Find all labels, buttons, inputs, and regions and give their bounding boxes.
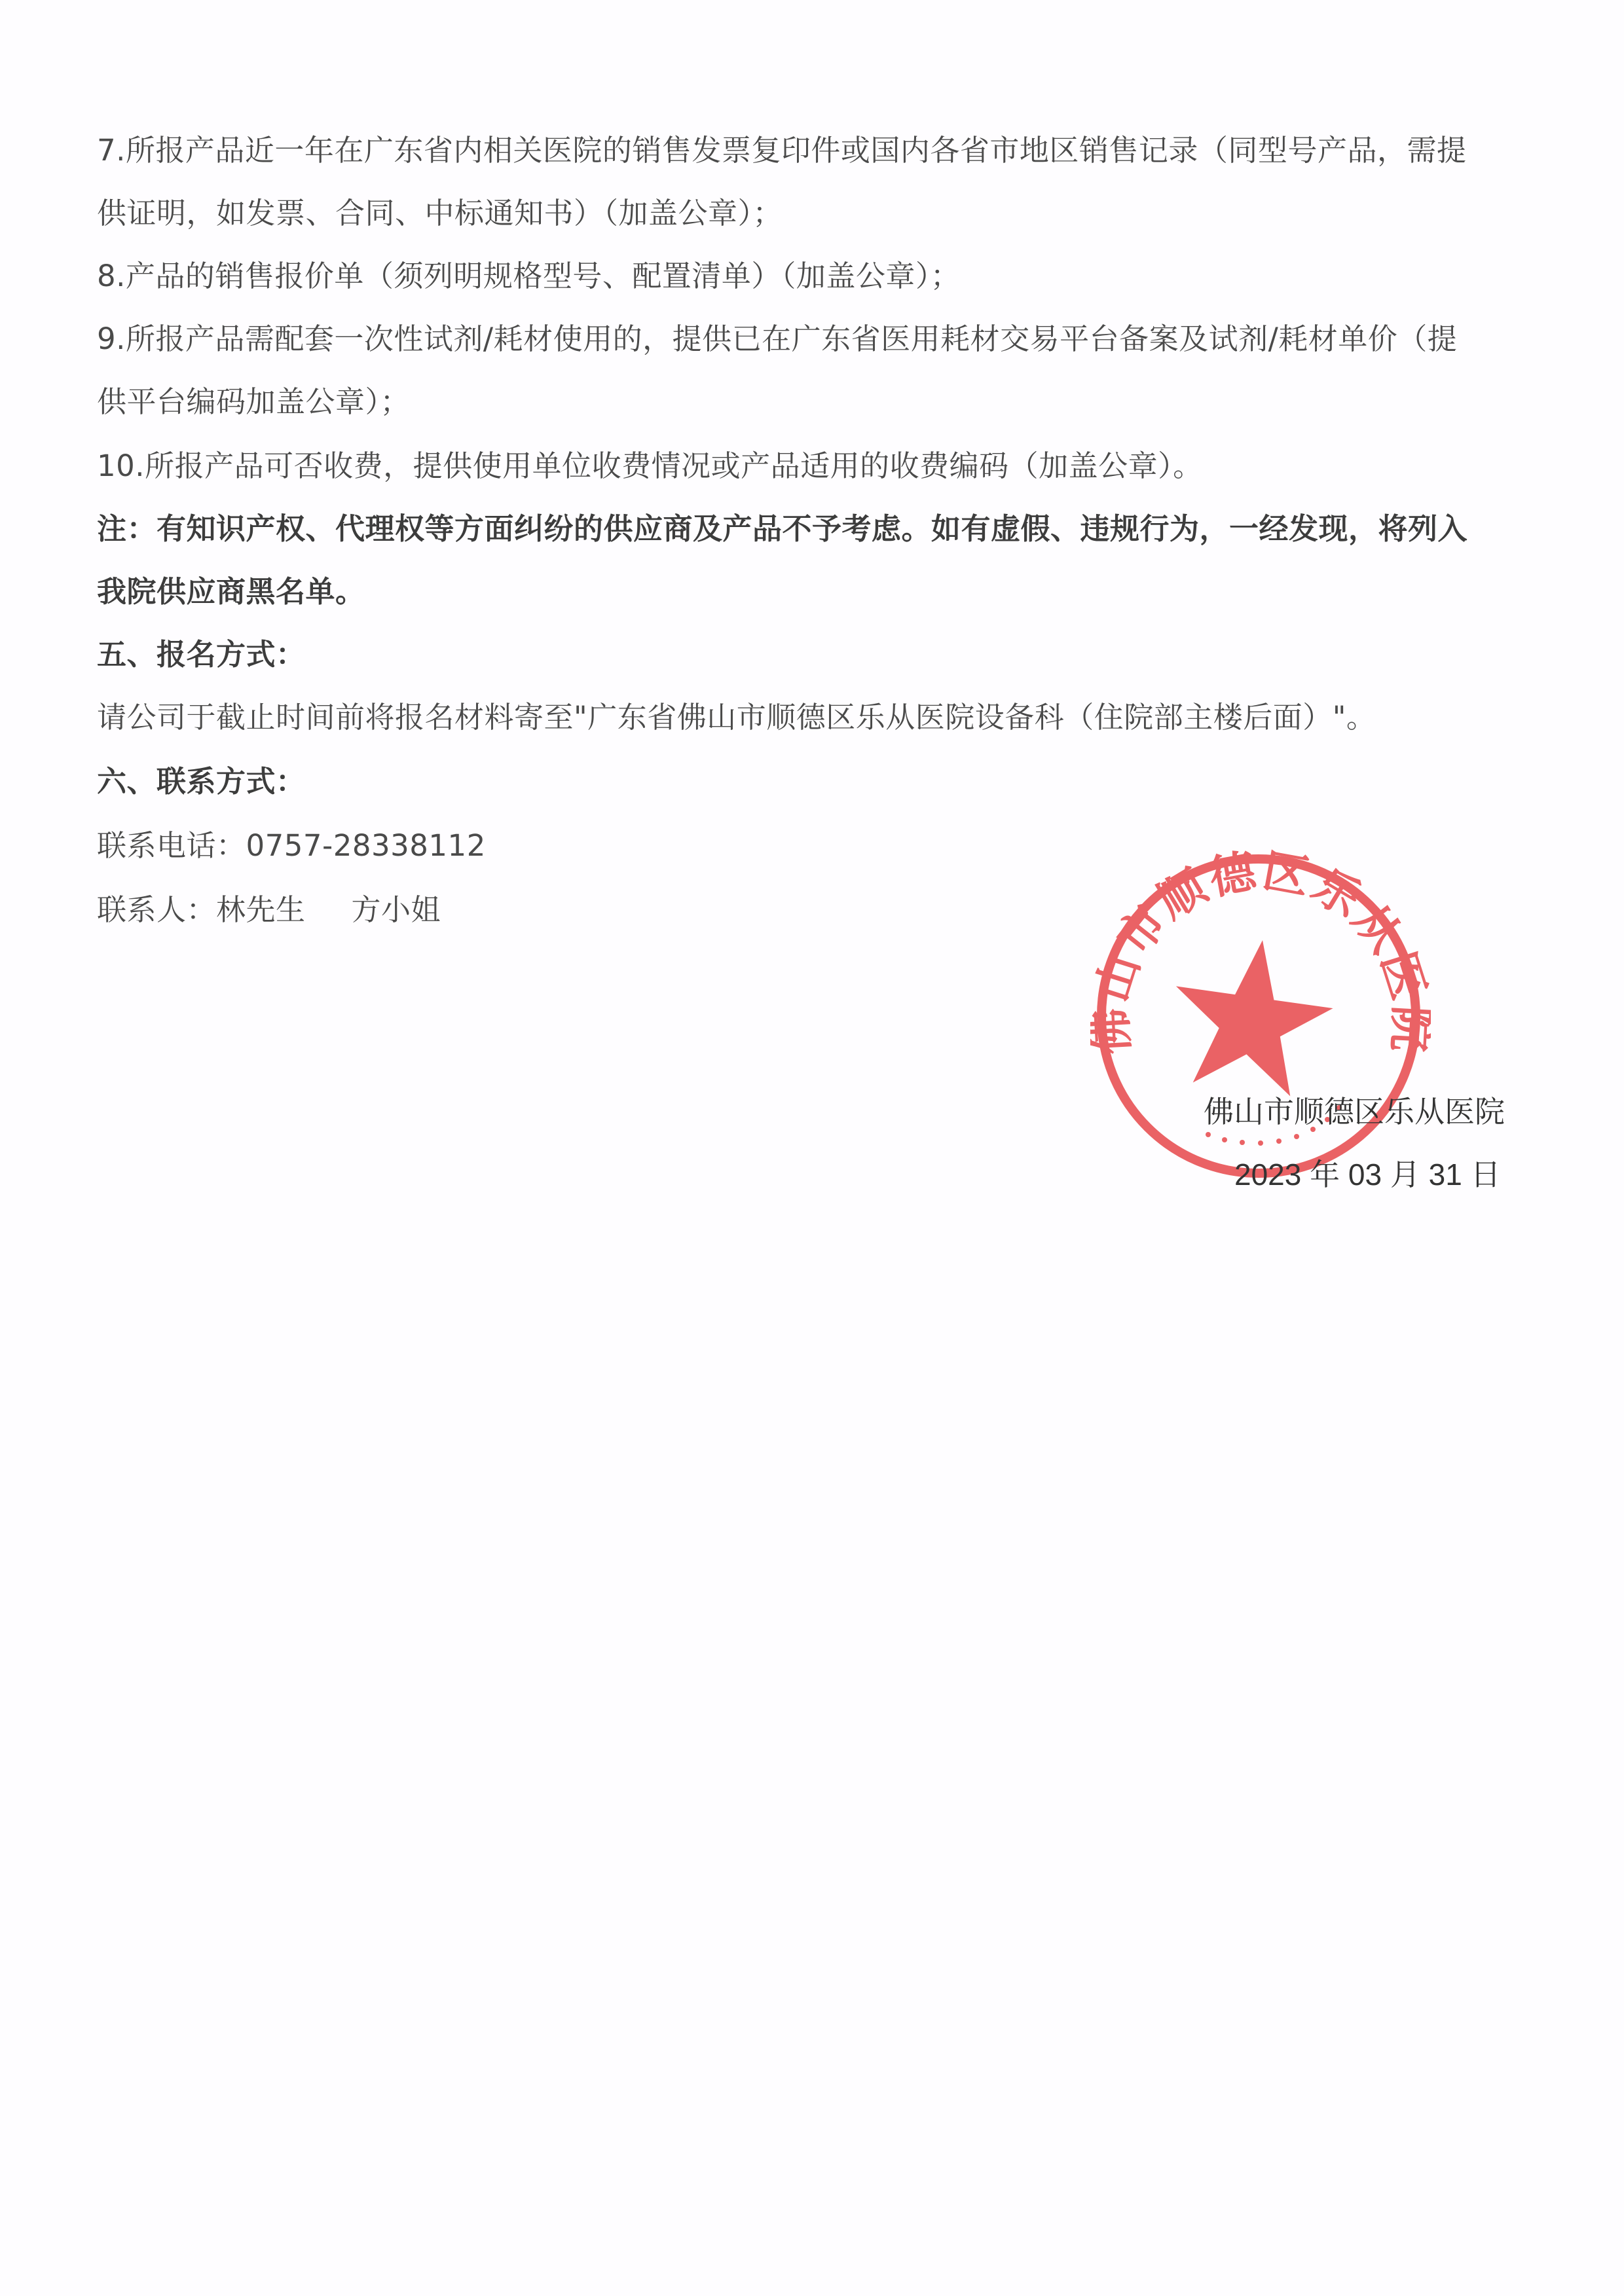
contact-person: 联系人：林先生方小姐 xyxy=(97,890,441,930)
contact-name-2: 方小姐 xyxy=(352,892,441,927)
phone-number: 0757-28338112 xyxy=(246,828,486,863)
item-9-line-2: 供平台编码加盖公章）； xyxy=(97,382,410,422)
star-icon xyxy=(1163,929,1341,1100)
section-5-body: 请公司于截止时间前将报名材料寄至"广东省佛山市顺德区乐从医院设备科（住院部主楼后… xyxy=(97,698,1376,737)
item-8: 8.产品的销售报价单（须列明规格型号、配置清单）（加盖公章）； xyxy=(97,257,960,296)
phone-label: 联系电话： xyxy=(97,828,246,863)
official-seal-stamp: 佛山市顺德区乐从医院 xyxy=(1090,848,1431,1188)
note-line-2: 我院供应商黑名单。 xyxy=(97,572,365,611)
signature-date: 2023 年 03 月 31 日 xyxy=(1234,1151,1501,1194)
section-6-heading: 六、联系方式： xyxy=(97,762,306,801)
signature-organization: 佛山市顺德区乐从医院 xyxy=(1204,1088,1505,1131)
contact-label: 联系人： xyxy=(97,892,216,927)
item-7-line-2: 供证明，如发票、合同、中标通知书）（加盖公章）； xyxy=(97,194,783,233)
section-5-heading: 五、报名方式： xyxy=(97,635,306,674)
item-9-line-1: 9.所报产品需配套一次性试剂/耗材使用的，提供已在广东省医用耗材交易平台备案及试… xyxy=(97,319,1457,359)
item-10: 10.所报产品可否收费，提供使用单位收费情况或产品适用的收费编码（加盖公章）。 xyxy=(97,446,1203,486)
item-7-line-1: 7.所报产品近一年在广东省内相关医院的销售发票复印件或国内各省市地区销售记录（同… xyxy=(97,131,1466,170)
contact-name-1: 林先生 xyxy=(216,892,306,927)
contact-phone: 联系电话：0757-28338112 xyxy=(97,826,486,866)
note-line-1: 注：有知识产权、代理权等方面纠纷的供应商及产品不予考虑。如有虚假、违规行为，一经… xyxy=(97,509,1467,549)
